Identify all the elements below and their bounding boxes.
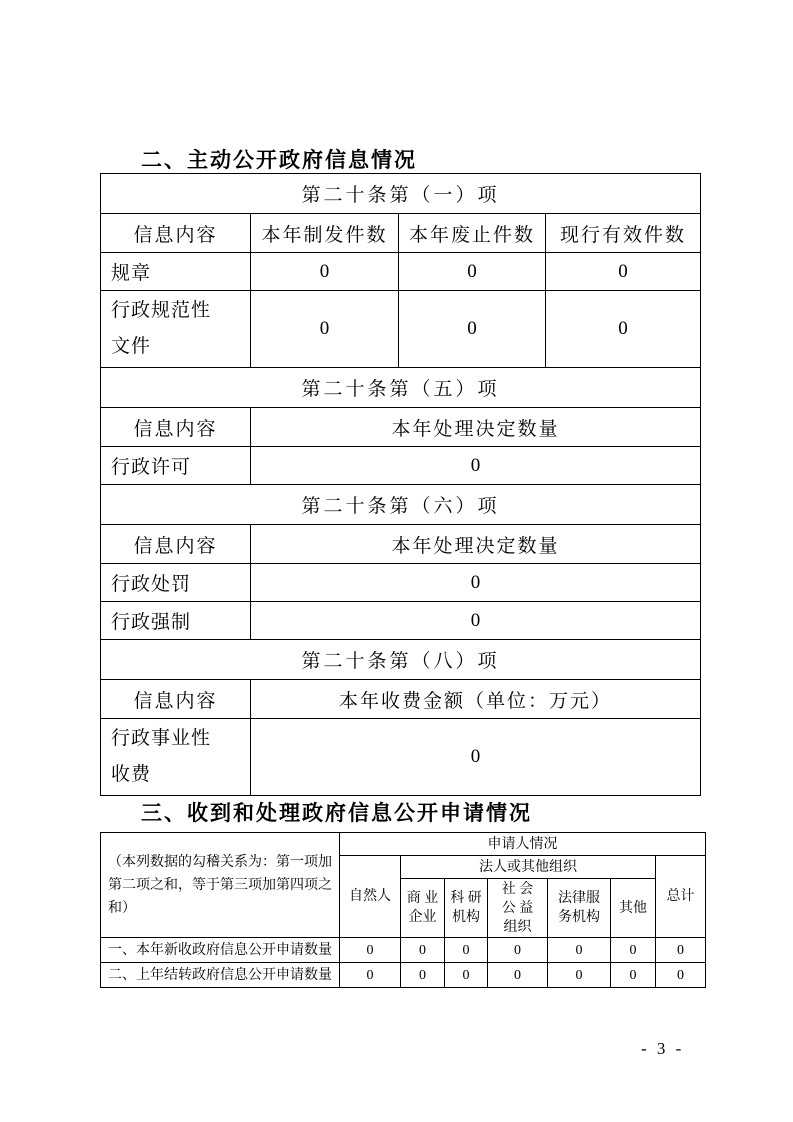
section3-heading: 三、收到和处理政府信息公开申请情况 (141, 797, 532, 827)
part6-column-header: 本年处理决定数量 (251, 525, 701, 564)
value-cell: 0 (546, 253, 701, 291)
value-cell: 0 (251, 564, 701, 602)
page-number: - 3 - (641, 1039, 684, 1059)
row-label-cell: 行政事业性 收费 (101, 719, 251, 796)
row-label-cell: 二、上年结转政府信息公开申请数量 (101, 963, 340, 988)
row-label-cell: 一、本年新收政府信息公开申请数量 (101, 938, 340, 963)
value-cell: 0 (546, 291, 701, 368)
value-cell: 0 (445, 963, 488, 988)
part1-column-header: 信息内容 (101, 214, 251, 253)
part1-column-header: 本年制发件数 (251, 214, 399, 253)
value-cell: 0 (611, 938, 656, 963)
value-cell: 0 (548, 938, 611, 963)
sub-header-other: 其他 (611, 879, 656, 938)
sub-header-legal-service: 法律服 务机构 (548, 879, 611, 938)
part5-title-cell: 第二十条第（五）项 (101, 368, 701, 408)
row-label-cell: 行政规范性 文件 (101, 291, 251, 368)
value-cell: 0 (445, 938, 488, 963)
value-cell: 0 (251, 719, 701, 796)
value-cell: 0 (656, 963, 706, 988)
sub-header-research: 科 研 机构 (445, 879, 488, 938)
section2-heading: 二、主动公开政府信息情况 (141, 144, 417, 174)
value-cell: 0 (401, 963, 445, 988)
sub-header-public-welfare: 社 会 公 益 组织 (488, 879, 548, 938)
part8-column-header: 本年收费金额（单位：万元） (251, 680, 701, 719)
reconciliation-note-cell: （本列数据的勾稽关系为：第一项加第二项之和，等于第三项加第四项之和） (101, 833, 340, 938)
value-cell: 0 (251, 253, 399, 291)
document-page: 二、主动公开政府信息情况 第二十条第（一）项 信息内容 本年制发件数 本年废止件… (0, 0, 793, 1122)
row-label-cell: 行政许可 (101, 447, 251, 485)
value-cell: 0 (340, 963, 401, 988)
sub-header-commercial: 商 业 企业 (401, 879, 445, 938)
legal-org-header: 法人或其他组织 (401, 856, 656, 879)
value-cell: 0 (488, 938, 548, 963)
part6-column-header: 信息内容 (101, 525, 251, 564)
part1-column-header: 现行有效件数 (546, 214, 701, 253)
value-cell: 0 (611, 963, 656, 988)
value-cell: 0 (251, 291, 399, 368)
value-cell: 0 (251, 447, 701, 485)
applicant-type-header: 申请人情况 (340, 833, 706, 856)
row-label-cell: 行政处罚 (101, 564, 251, 602)
part8-column-header: 信息内容 (101, 680, 251, 719)
part6-title-cell: 第二十条第（六）项 (101, 485, 701, 525)
total-header: 总计 (656, 856, 706, 938)
part5-column-header: 信息内容 (101, 408, 251, 447)
row-label-cell: 行政强制 (101, 602, 251, 640)
applications-received-table: （本列数据的勾稽关系为：第一项加第二项之和，等于第三项加第四项之和） 申请人情况… (100, 832, 706, 988)
part1-column-header: 本年废止件数 (399, 214, 546, 253)
value-cell: 0 (251, 602, 701, 640)
part1-title-cell: 第二十条第（一）项 (101, 174, 701, 214)
value-cell: 0 (401, 938, 445, 963)
value-cell: 0 (548, 963, 611, 988)
row-label-cell: 规章 (101, 253, 251, 291)
value-cell: 0 (399, 291, 546, 368)
part8-title-cell: 第二十条第（八）项 (101, 640, 701, 680)
value-cell: 0 (488, 963, 548, 988)
natural-person-header: 自然人 (340, 856, 401, 938)
value-cell: 0 (656, 938, 706, 963)
part5-column-header: 本年处理决定数量 (251, 408, 701, 447)
value-cell: 0 (399, 253, 546, 291)
value-cell: 0 (340, 938, 401, 963)
article20-disclosure-table: 第二十条第（一）项 信息内容 本年制发件数 本年废止件数 现行有效件数 规章 0… (100, 173, 701, 796)
